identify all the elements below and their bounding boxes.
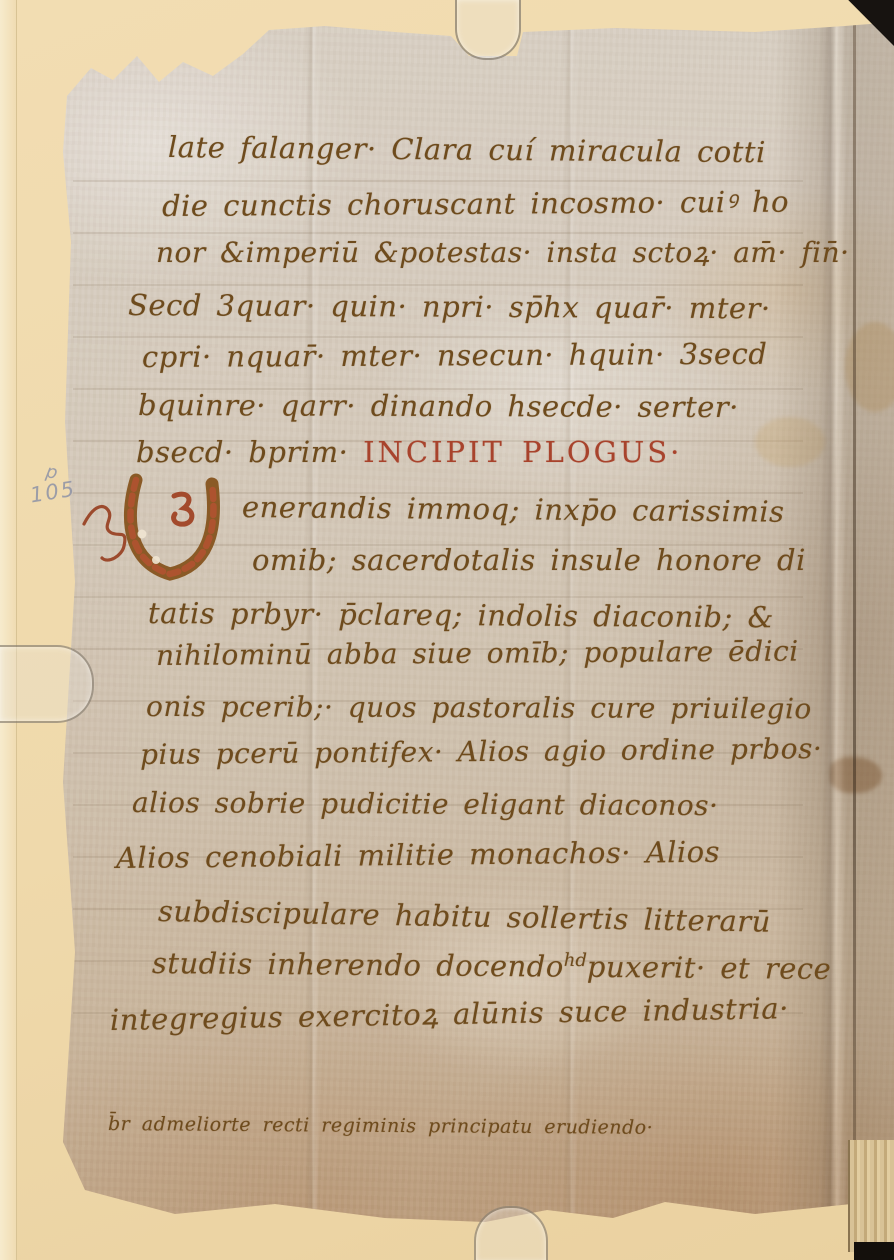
text-line: studiis inherendo docendohdpuxerit· et r… <box>152 946 832 986</box>
text-line: nihilominū abba siue omīb; populare ēdic… <box>156 635 799 672</box>
ink-text: pius pcerū pontifex· Alios agio ordine p… <box>140 732 823 771</box>
interlinear-correction: hd <box>564 950 587 971</box>
ink-text: enerandis immoq; inxp̄o carissimis <box>242 490 785 529</box>
ink-text: nor &imperiū &potestas· insta sctoꝝ· am̄… <box>156 236 850 269</box>
ink-text: subdiscipulare habitu sollertis litterar… <box>158 894 771 939</box>
text-line: b̄r admeliorte recti regiminis principat… <box>108 1113 653 1139</box>
text-line: subdiscipulare habitu sollertis litterar… <box>158 894 771 939</box>
ink-text: die cunctis choruscant incosmo· cuiꝰ ho <box>162 185 789 223</box>
ink-text: b̄r admeliorte recti regiminis principat… <box>108 1113 653 1139</box>
ink-text: integregius exercitoꝝ alūnis suce indust… <box>110 991 789 1037</box>
text-line: enerandis immoq; inxp̄o carissimis <box>242 490 785 529</box>
text-line: cpri· nquar̄· mter· nsecun· hquin· 3secd <box>142 337 768 374</box>
ink-text: omib; sacerdotalis insule honore di <box>252 543 806 577</box>
mount-clip-left <box>0 645 94 723</box>
ink-text: Alios cenobiali militie monachos· Alios <box>116 835 720 875</box>
text-line: late falanger· Clara cuí miracula cotti <box>168 130 766 169</box>
ink-text: puxerit· et rece <box>587 950 832 986</box>
text-line: omib; sacerdotalis insule honore di <box>252 543 806 577</box>
ink-text: onis pcerib;· quos pastoralis cure priui… <box>146 690 812 725</box>
ink-text: studiis inherendo docendo <box>152 946 564 984</box>
text-line: die cunctis choruscant incosmo· cuiꝰ ho <box>162 182 789 225</box>
ink-text: bsecd· bprim· <box>136 435 363 469</box>
text-line: Secd 3quar· quin· npri· sp̄hx quar̄· mte… <box>128 288 771 325</box>
ink-text: late falanger· Clara cuí miracula cotti <box>168 130 766 169</box>
book-page-edges <box>848 1140 894 1252</box>
manuscript-photo: p 105 late falanger· Clara cuí miracula … <box>0 0 894 1260</box>
rubric-text: INCIPIT PLOGUS· <box>363 435 682 469</box>
text-line: tatis prbyr· p̄clareq; indolis diaconib;… <box>148 596 774 634</box>
text-line: integregius exercitoꝝ alūnis suce indust… <box>110 988 790 1039</box>
ink-text: cpri· nquar̄· mter· nsecun· hquin· 3secd <box>142 337 768 374</box>
photo-corner-dark <box>854 1242 894 1260</box>
text-line: Alios cenobiali militie monachos· Alios <box>116 835 720 875</box>
ink-text: bquinre· qarr· dinando hsecde· serter· <box>138 388 739 424</box>
text-line: alios sobrie pudicitie eligant diaconos· <box>132 786 719 822</box>
text-line: onis pcerib;· quos pastoralis cure priui… <box>146 690 812 725</box>
ink-text: alios sobrie pudicitie eligant diaconos· <box>132 786 719 822</box>
text-line: bquinre· qarr· dinando hsecde· serter· <box>138 388 739 424</box>
ink-text: Secd 3quar· quin· npri· sp̄hx quar̄· mte… <box>128 288 771 325</box>
ink-text: nihilominū abba siue omīb; populare ēdic… <box>156 635 799 672</box>
ink-text: tatis prbyr· p̄clareq; indolis diaconib;… <box>148 596 774 634</box>
text-line: bsecd· bprim· INCIPIT PLOGUS· <box>136 435 682 469</box>
text-block: late falanger· Clara cuí miracula cottid… <box>0 0 894 1260</box>
mount-clip-top <box>455 0 521 60</box>
text-line: pius pcerū pontifex· Alios agio ordine p… <box>140 732 823 771</box>
text-line: nor &imperiū &potestas· insta sctoꝝ· am̄… <box>156 233 850 271</box>
